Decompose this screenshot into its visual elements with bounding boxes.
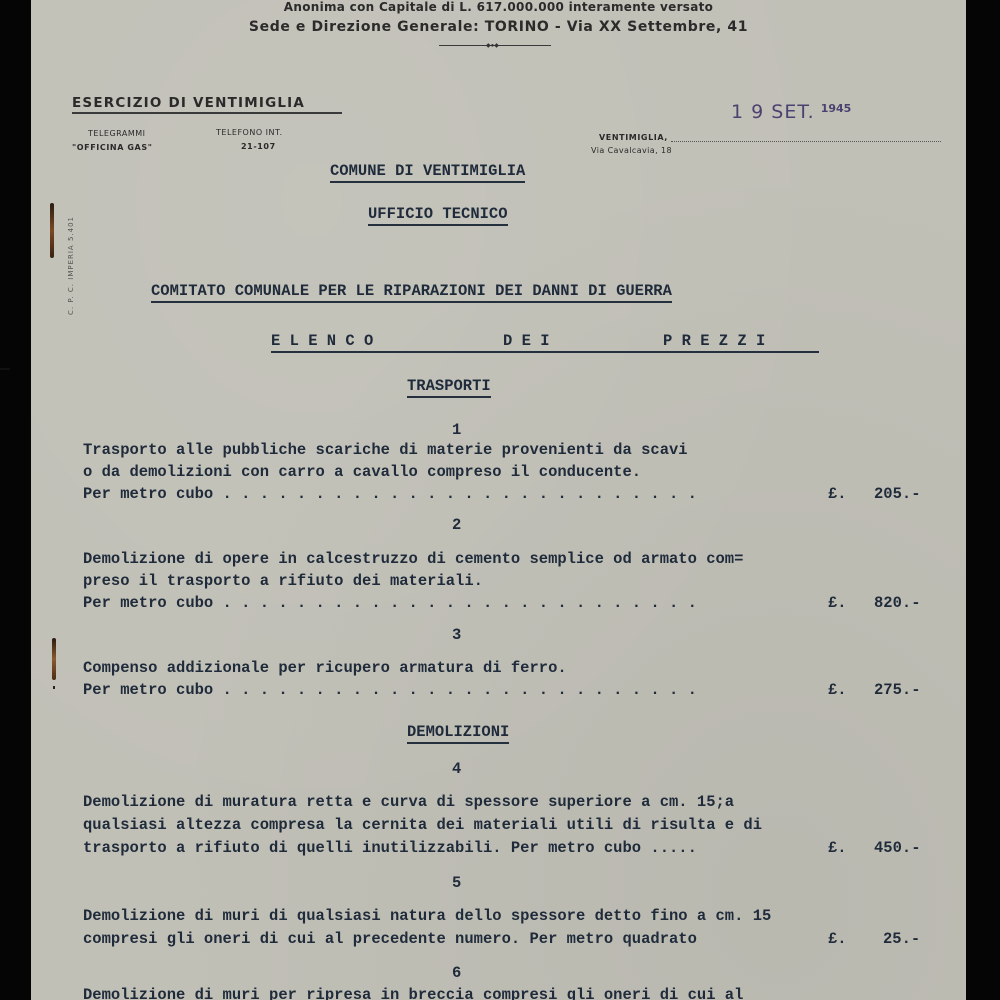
item-line: Trasporto alle pubbliche scariche di mat… bbox=[83, 441, 688, 459]
phone-label: TELEFONO INT. bbox=[216, 128, 283, 137]
address: Via Cavalcavia, 18 bbox=[591, 146, 672, 155]
item-price: 205.- bbox=[874, 485, 921, 503]
item-price: 275.- bbox=[874, 681, 921, 699]
document-page: Anonima con Capitale di L. 617.000.000 i… bbox=[31, 0, 966, 1000]
item-line: compresi gli oneri di cui al precedente … bbox=[83, 930, 697, 948]
item-line: Compenso addizionale per ricupero armatu… bbox=[83, 659, 567, 677]
item-price: 820.- bbox=[874, 594, 921, 612]
item-line: Demolizione di muri per ripresa in brecc… bbox=[83, 986, 743, 1000]
item-line: Per metro cubo . . . . . . . . . . . . .… bbox=[83, 594, 697, 612]
currency: £. bbox=[828, 930, 847, 948]
item-number: 6 bbox=[452, 964, 461, 982]
staple-rust-mark bbox=[50, 203, 54, 258]
phone-value: 21-107 bbox=[241, 142, 276, 151]
item-line: Per metro cubo . . . . . . . . . . . . .… bbox=[83, 681, 697, 699]
section-title: DEMOLIZIONI bbox=[407, 723, 509, 744]
currency: £. bbox=[828, 839, 847, 857]
date-stamp: 1 9 SET.1945 bbox=[731, 101, 851, 123]
item-number: 3 bbox=[452, 626, 461, 644]
ornament-icon: ◆●◆ bbox=[486, 42, 499, 49]
heading-elenco-dei-prezzi: E L E N C O D E I P R E Z Z I bbox=[271, 332, 819, 353]
item-number: 5 bbox=[452, 874, 461, 892]
place-label: VENTIMIGLIA, bbox=[599, 133, 668, 142]
item-line: trasporto a rifiuto di quelli inutilizza… bbox=[83, 839, 697, 857]
heading-word: E L E N C O bbox=[271, 332, 373, 350]
currency: £. bbox=[828, 594, 847, 612]
heading-ufficio: UFFICIO TECNICO bbox=[368, 205, 508, 226]
scan-edge-mark bbox=[0, 368, 10, 370]
margin-registration-text: C. P. C. IMPERIA 5.401 bbox=[67, 216, 75, 315]
item-line: Demolizione di opere in calcestruzzo di … bbox=[83, 550, 743, 568]
heading-word: D E I bbox=[503, 332, 550, 350]
item-price: 450.- bbox=[874, 839, 921, 857]
branch-underline bbox=[72, 112, 342, 114]
telegrams-label: TELEGRAMMI bbox=[88, 129, 146, 138]
stamp-year: 1945 bbox=[821, 102, 852, 115]
item-number: 4 bbox=[452, 760, 461, 778]
item-number: 1 bbox=[452, 421, 461, 439]
currency: £. bbox=[828, 485, 847, 503]
telegrams-value: "OFFICINA GAS" bbox=[72, 143, 152, 152]
item-line: o da demolizioni con carro a cavallo com… bbox=[83, 463, 641, 481]
heading-word: P R E Z Z I bbox=[663, 332, 765, 350]
stamp-date: 1 9 SET. bbox=[731, 101, 815, 123]
heading-comune: COMUNE DI VENTIMIGLIA bbox=[330, 162, 525, 183]
item-line: preso il trasporto a rifiuto dei materia… bbox=[83, 572, 483, 590]
date-fill-line bbox=[671, 141, 941, 142]
currency: £. bbox=[828, 681, 847, 699]
item-line: Per metro cubo . . . . . . . . . . . . .… bbox=[83, 485, 697, 503]
letterhead-capital-line: Anonima con Capitale di L. 617.000.000 i… bbox=[31, 0, 966, 14]
item-number: 2 bbox=[452, 516, 461, 534]
heading-comitato: COMITATO COMUNALE PER LE RIPARAZIONI DEI… bbox=[151, 282, 672, 303]
staple-rust-mark bbox=[52, 638, 56, 680]
item-line: Demolizione di muratura retta e curva di… bbox=[83, 793, 734, 811]
staple-hole bbox=[53, 686, 55, 689]
letterhead-seat-line: Sede e Direzione Generale: TORINO - Via … bbox=[31, 19, 966, 35]
branch-name: ESERCIZIO DI VENTIMIGLIA bbox=[72, 95, 305, 111]
item-line: Demolizione di muri di qualsiasi natura … bbox=[83, 907, 771, 925]
item-line: qualsiasi altezza compresa la cernita de… bbox=[83, 816, 762, 834]
item-price: 25.- bbox=[883, 930, 920, 948]
section-title: TRASPORTI bbox=[407, 377, 491, 398]
